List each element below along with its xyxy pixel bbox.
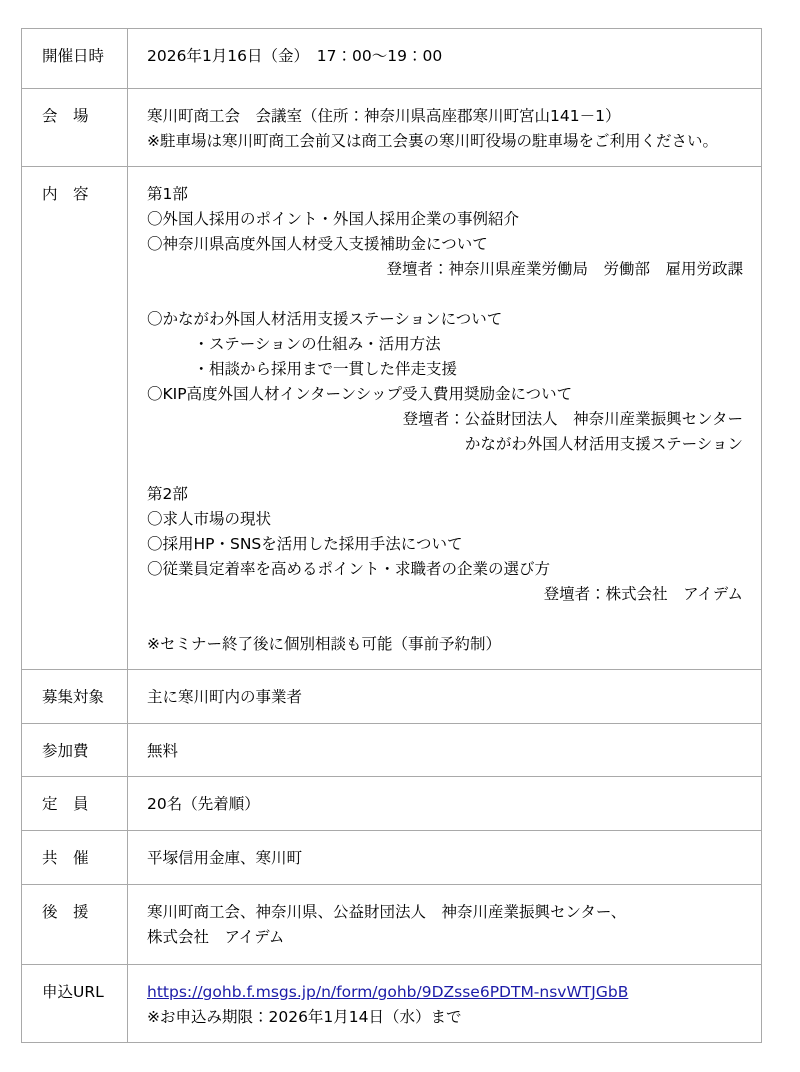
row-content: https://gohb.f.msgs.jp/n/form/gohb/9DZss… <box>128 965 762 1043</box>
row-content: 第1部〇外国人採用のポイント・外国人採用企業の事例紹介〇神奈川県高度外国人材受入… <box>128 167 762 670</box>
content-line: 登壇者：公益財団法人 神奈川産業振興センター <box>147 407 743 432</box>
table-row: 共 催平塚信用金庫、寒川町 <box>22 831 762 885</box>
row-label: 定 員 <box>22 777 128 831</box>
table-row: 会 場寒川町商工会 会議室（住所：神奈川県高座郡寒川町宮山141－1）※駐車場は… <box>22 89 762 167</box>
row-content: 平塚信用金庫、寒川町 <box>128 831 762 885</box>
content-line: 平塚信用金庫、寒川町 <box>147 846 743 871</box>
content-line: 主に寒川町内の事業者 <box>147 685 743 710</box>
row-content: 主に寒川町内の事業者 <box>128 670 762 724</box>
table-row: 参加費無料 <box>22 724 762 777</box>
content-line <box>147 457 743 482</box>
table-row: 開催日時2026年1月16日（金） 17：00～19：00 <box>22 29 762 89</box>
row-label: 会 場 <box>22 89 128 167</box>
table-row: 後 援寒川町商工会、神奈川県、公益財団法人 神奈川産業振興センター、株式会社 ア… <box>22 885 762 965</box>
content-line: 〇求人市場の現状 <box>147 507 743 532</box>
table-row: 内 容第1部〇外国人採用のポイント・外国人採用企業の事例紹介〇神奈川県高度外国人… <box>22 167 762 670</box>
row-content: 寒川町商工会 会議室（住所：神奈川県高座郡寒川町宮山141－1）※駐車場は寒川町… <box>128 89 762 167</box>
content-line: 第2部 <box>147 482 743 507</box>
content-line: ※お申込み期限：2026年1月14日（水）まで <box>147 1005 743 1030</box>
row-content: 無料 <box>128 724 762 777</box>
content-line: かながわ外国人材活用支援ステーション <box>147 432 743 457</box>
row-label: 開催日時 <box>22 29 128 89</box>
table-row: 申込URLhttps://gohb.f.msgs.jp/n/form/gohb/… <box>22 965 762 1043</box>
content-line: https://gohb.f.msgs.jp/n/form/gohb/9DZss… <box>147 980 743 1005</box>
content-line: 〇採用HP・SNSを活用した採用手法について <box>147 532 743 557</box>
content-line: 2026年1月16日（金） 17：00～19：00 <box>147 44 743 69</box>
content-line: 〇従業員定着率を高めるポイント・求職者の企業の選び方 <box>147 557 743 582</box>
seminar-details-page: 開催日時2026年1月16日（金） 17：00～19：00会 場寒川町商工会 会… <box>0 0 800 1072</box>
row-content: 20名（先着順） <box>128 777 762 831</box>
row-label: 内 容 <box>22 167 128 670</box>
table-row: 定 員20名（先着順） <box>22 777 762 831</box>
row-label: 参加費 <box>22 724 128 777</box>
content-line: 〇神奈川県高度外国人材受入支援補助金について <box>147 232 743 257</box>
content-line <box>147 282 743 307</box>
row-label: 共 催 <box>22 831 128 885</box>
content-line: ※セミナー終了後に個別相談も可能（事前予約制） <box>147 632 743 657</box>
application-url-link[interactable]: https://gohb.f.msgs.jp/n/form/gohb/9DZss… <box>147 983 628 1001</box>
content-line: 〇KIP高度外国人材インターンシップ受入費用奨励金について <box>147 382 743 407</box>
row-content: 寒川町商工会、神奈川県、公益財団法人 神奈川産業振興センター、株式会社 アイデム <box>128 885 762 965</box>
table-body: 開催日時2026年1月16日（金） 17：00～19：00会 場寒川町商工会 会… <box>22 29 762 1043</box>
row-label: 募集対象 <box>22 670 128 724</box>
table-row: 募集対象主に寒川町内の事業者 <box>22 670 762 724</box>
content-line: 登壇者：株式会社 アイデム <box>147 582 743 607</box>
row-content: 2026年1月16日（金） 17：00～19：00 <box>128 29 762 89</box>
seminar-details-table: 開催日時2026年1月16日（金） 17：00～19：00会 場寒川町商工会 会… <box>21 28 762 1043</box>
row-label: 申込URL <box>22 965 128 1043</box>
content-line: 寒川町商工会、神奈川県、公益財団法人 神奈川産業振興センター、 <box>147 900 743 925</box>
content-line: 無料 <box>147 739 743 764</box>
content-line: 〇かながわ外国人材活用支援ステーションについて <box>147 307 743 332</box>
content-line: ・ステーションの仕組み・活用方法 <box>147 332 743 357</box>
content-line: 第1部 <box>147 182 743 207</box>
content-line: ※駐車場は寒川町商工会前又は商工会裏の寒川町役場の駐車場をご利用ください。 <box>147 129 743 154</box>
content-line: 登壇者：神奈川県産業労働局 労働部 雇用労政課 <box>147 257 743 282</box>
content-line: ・相談から採用まで一貫した伴走支援 <box>147 357 743 382</box>
content-line: 寒川町商工会 会議室（住所：神奈川県高座郡寒川町宮山141－1） <box>147 104 743 129</box>
content-line: 20名（先着順） <box>147 792 743 817</box>
content-line <box>147 607 743 632</box>
content-line: 〇外国人採用のポイント・外国人採用企業の事例紹介 <box>147 207 743 232</box>
row-label: 後 援 <box>22 885 128 965</box>
content-line: 株式会社 アイデム <box>147 925 743 950</box>
